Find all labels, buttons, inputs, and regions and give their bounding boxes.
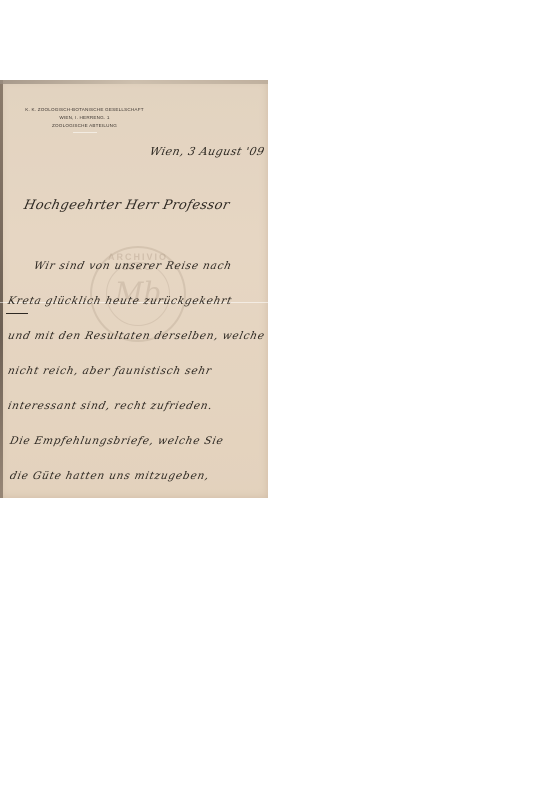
letterhead-rule bbox=[73, 132, 97, 133]
letterhead-line-2: WIEN, I. HERRENG. 1 bbox=[22, 114, 147, 122]
body-line-5: interessant sind, recht zufrieden. bbox=[7, 400, 214, 412]
body-line-6: Die Empfehlungsbriefe, welche Sie bbox=[9, 435, 225, 447]
body-line-7: die Güte hatten uns mitzugeben, bbox=[9, 470, 211, 482]
letter-salutation: Hochgeehrter Herr Professor bbox=[22, 198, 231, 213]
body-line-2: Kreta glücklich heute zurückgekehrt bbox=[7, 295, 234, 307]
body-line-3: und mit den Resultaten derselben, welche bbox=[7, 330, 266, 342]
letterhead-line-3: ZOOLOGISCHE ABTEILUNG bbox=[22, 122, 147, 130]
letter-page: K. K. ZOOLOGISCH-BOTANISCHE GESELLSCHAFT… bbox=[0, 80, 268, 498]
letterhead-line-1: K. K. ZOOLOGISCH-BOTANISCHE GESELLSCHAFT bbox=[22, 106, 147, 114]
page-top-edge bbox=[0, 80, 268, 84]
underline-kreta bbox=[6, 313, 28, 314]
body-line-1: Wir sind von unserer Reise nach bbox=[33, 260, 233, 272]
body-line-4: nicht reich, aber faunistisch sehr bbox=[7, 365, 213, 377]
letter-date: Wien, 3 August '09 bbox=[149, 145, 266, 158]
letterhead: K. K. ZOOLOGISCH-BOTANISCHE GESELLSCHAFT… bbox=[22, 106, 147, 133]
